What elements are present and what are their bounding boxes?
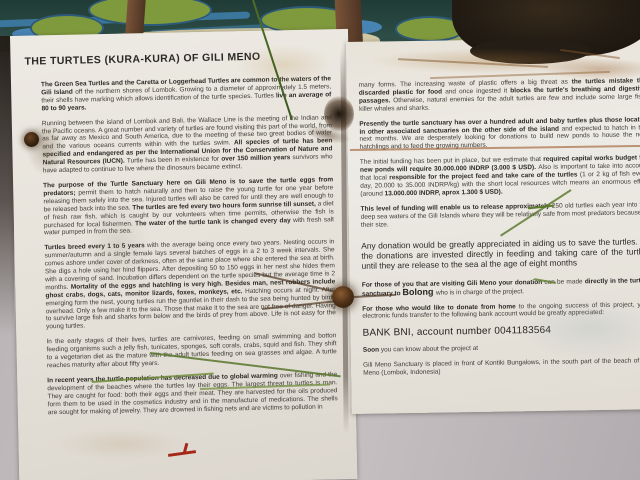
text-segment: you can know about the project at [381,345,478,354]
paragraph: Turtles breed every 1 to 5 years with th… [44,239,336,332]
left-column-text: The Green Sea Turtles and the Caretta or… [11,75,356,417]
paragraph: For those of you that are visiting Gili … [362,277,640,298]
left-page: THE TURTLES (KURA-KURA) OF GILI MENO The… [10,29,357,480]
text-segment: who is in charge of the project. [436,288,524,296]
rusty-bolt [332,286,354,308]
text-segment: Bolong [402,286,436,297]
right-column-text: many forms. The increasing waste of plas… [346,37,640,378]
paragraph: This level of funding will enable us to … [361,201,640,229]
paragraph: In recent years the turtle population ha… [47,371,338,417]
paragraph: In the early stages of their lives, turt… [46,333,337,371]
text-segment: Gili Meno Sanctuary is placed in front o… [363,357,640,376]
page-title: THE TURTLES (KURA-KURA) OF GILI MENO [24,49,348,68]
text-segment: over 150 million years [221,154,292,162]
paragraph: The initial funding has been put in plac… [360,155,640,199]
text-segment: Soon [363,347,381,354]
text-segment: 13.000.000 INDRP, aprox 1.300 $ USD). [385,188,503,197]
text-segment: Any donation would be greatly appreciate… [361,236,640,271]
burn-mark [324,96,354,132]
text-segment: Otherwise, natural enemies for the adult… [359,93,640,112]
paragraph: Running between the island of Lombok and… [42,114,333,175]
text-segment: In the early stages of their lives, turt… [46,333,336,370]
photo-canvas: THE TURTLES (KURA-KURA) OF GILI MENO The… [0,0,640,480]
paragraph: Gili Meno Sanctuary is placed in front o… [363,357,640,377]
text-segment: BANK BNI, account number 0041183564 [362,325,551,339]
right-page: many forms. The increasing waste of plas… [346,37,640,414]
paragraph: Any donation would be greatly appreciate… [361,236,640,272]
rusty-bolt [24,132,39,147]
paragraph: The purpose of the Turtle Sanctuary here… [43,176,334,237]
paragraph: For those who would like to donate from … [362,301,640,321]
paragraph: many forms. The increasing waste of plas… [359,77,640,113]
paragraph: Soon you can know about the project at [363,343,640,355]
text-segment: and once ingested it [445,87,510,95]
paragraph: BANK BNI, account number 0041183564 [363,326,640,338]
